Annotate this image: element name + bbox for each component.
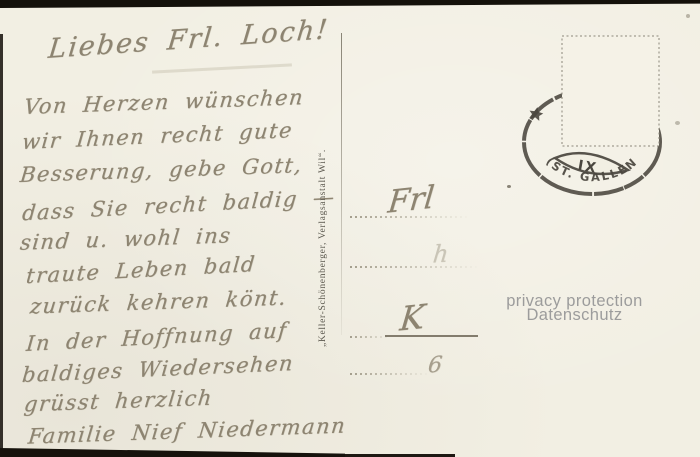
- publisher-imprint: „Keller-Schönenberger, Verlagsanstalt Wi…: [318, 149, 328, 347]
- address-line: [350, 266, 480, 268]
- address-line: [350, 373, 430, 375]
- address-fragment-stroke: h: [432, 239, 450, 268]
- postcard-back-scan: Liebes Frl. Loch! Von Herzen wünschen wi…: [0, 0, 700, 457]
- message-line: In der Hoffnung auf: [25, 318, 288, 356]
- message-line: Von Herzen wünschen: [23, 85, 305, 119]
- message-salutation: Liebes Frl. Loch!: [47, 14, 331, 65]
- message-line: wir Ihnen recht gute: [21, 118, 294, 154]
- dust-speck: [686, 14, 690, 18]
- message-line: Familie Nief Niedermann: [27, 413, 348, 448]
- scan-edge-left: [0, 34, 3, 457]
- address-fragment-initial: K: [398, 296, 427, 338]
- message-line: grüsst herzlich: [23, 386, 214, 417]
- message-line: sind u. wohl ins: [19, 223, 233, 254]
- scan-edge-bottom: [0, 448, 345, 457]
- dust-speck: [507, 185, 511, 188]
- message-line: baldiges Wiedersehen: [21, 351, 295, 387]
- stamp-box: [562, 36, 659, 146]
- address-fragment-digit: 6: [427, 352, 444, 378]
- message-line: dass Sie recht baldig —: [21, 185, 336, 226]
- address-fragment-title: Frl: [386, 179, 436, 220]
- scan-edge-top: [0, 0, 700, 8]
- address-line: [350, 336, 390, 338]
- salutation-underline: [152, 63, 292, 73]
- message-line: traute Leben bald: [25, 252, 257, 288]
- dust-speck: [675, 121, 680, 125]
- privacy-overlay-line2: Datenschutz: [472, 308, 677, 322]
- message-line: zurück kehren könt.: [29, 285, 289, 318]
- privacy-overlay: privacy protection Datenschutz: [472, 294, 677, 322]
- postmark: IX (ST. GALLEN): [500, 30, 700, 200]
- message-line: Besserung, gebe Gott,: [19, 153, 304, 187]
- card-divider-line: [341, 33, 342, 335]
